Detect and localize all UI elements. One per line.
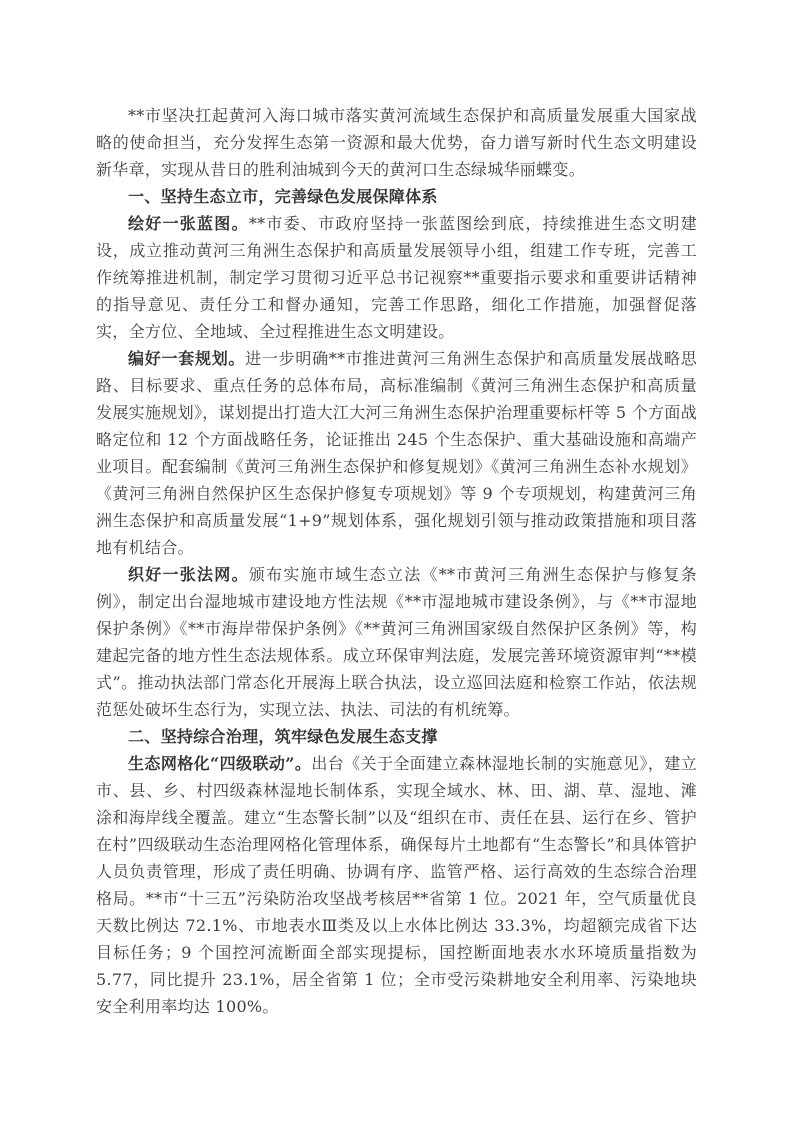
intro-paragraph: **市坚决扛起黄河入海口城市落实黄河流域生态保护和高质量发展重大国家战略的使命担… xyxy=(96,102,697,183)
section-heading-2: 二、坚持综合治理，筑牢绿色发展生态支撑 xyxy=(96,723,697,750)
paragraph-blueprint: 绘好一张蓝图。**市委、市政府坚持一张蓝图绘到底，持续推进生态文明建设，成立推动… xyxy=(96,210,697,345)
document-page: **市坚决扛起黄河入海口城市落实黄河流域生态保护和高质量发展重大国家战略的使命担… xyxy=(0,0,793,1122)
paragraph-legal-net-text: 颁布实施市域生态立法《**市黄河三角洲生态保护与修复条例》，制定出台湿地城市建设… xyxy=(96,565,697,719)
paragraph-legal-net: 织好一张法网。颁布实施市域生态立法《**市黄河三角洲生态保护与修复条例》，制定出… xyxy=(96,561,697,723)
paragraph-legal-net-lead: 织好一张法网。 xyxy=(128,565,249,584)
paragraph-planning-text: 进一步明确**市推进黄河三角洲生态保护和高质量发展战略思路、目标要求、重点任务的… xyxy=(96,349,697,557)
paragraph-eco-grid-lead: 生态网格化“四级联动”。 xyxy=(128,754,311,773)
section-heading-1: 一、坚持生态立市，完善绿色发展保障体系 xyxy=(96,183,697,210)
paragraph-blueprint-text: **市委、市政府坚持一张蓝图绘到底，持续推进生态文明建设，成立推动黄河三角洲生态… xyxy=(96,214,697,341)
paragraph-planning-lead: 编好一套规划。 xyxy=(128,349,245,368)
paragraph-eco-grid-text: 出台《关于全面建立森林湿地长制的实施意见》，建立市、县、乡、村四级森林湿地长制体… xyxy=(96,754,697,1016)
intro-paragraph-text: **市坚决扛起黄河入海口城市落实黄河流域生态保护和高质量发展重大国家战略的使命担… xyxy=(96,106,697,179)
paragraph-blueprint-lead: 绘好一张蓝图。 xyxy=(128,214,249,233)
paragraph-eco-grid: 生态网格化“四级联动”。出台《关于全面建立森林湿地长制的实施意见》，建立市、县、… xyxy=(96,750,697,1020)
paragraph-planning: 编好一套规划。进一步明确**市推进黄河三角洲生态保护和高质量发展战略思路、目标要… xyxy=(96,345,697,561)
